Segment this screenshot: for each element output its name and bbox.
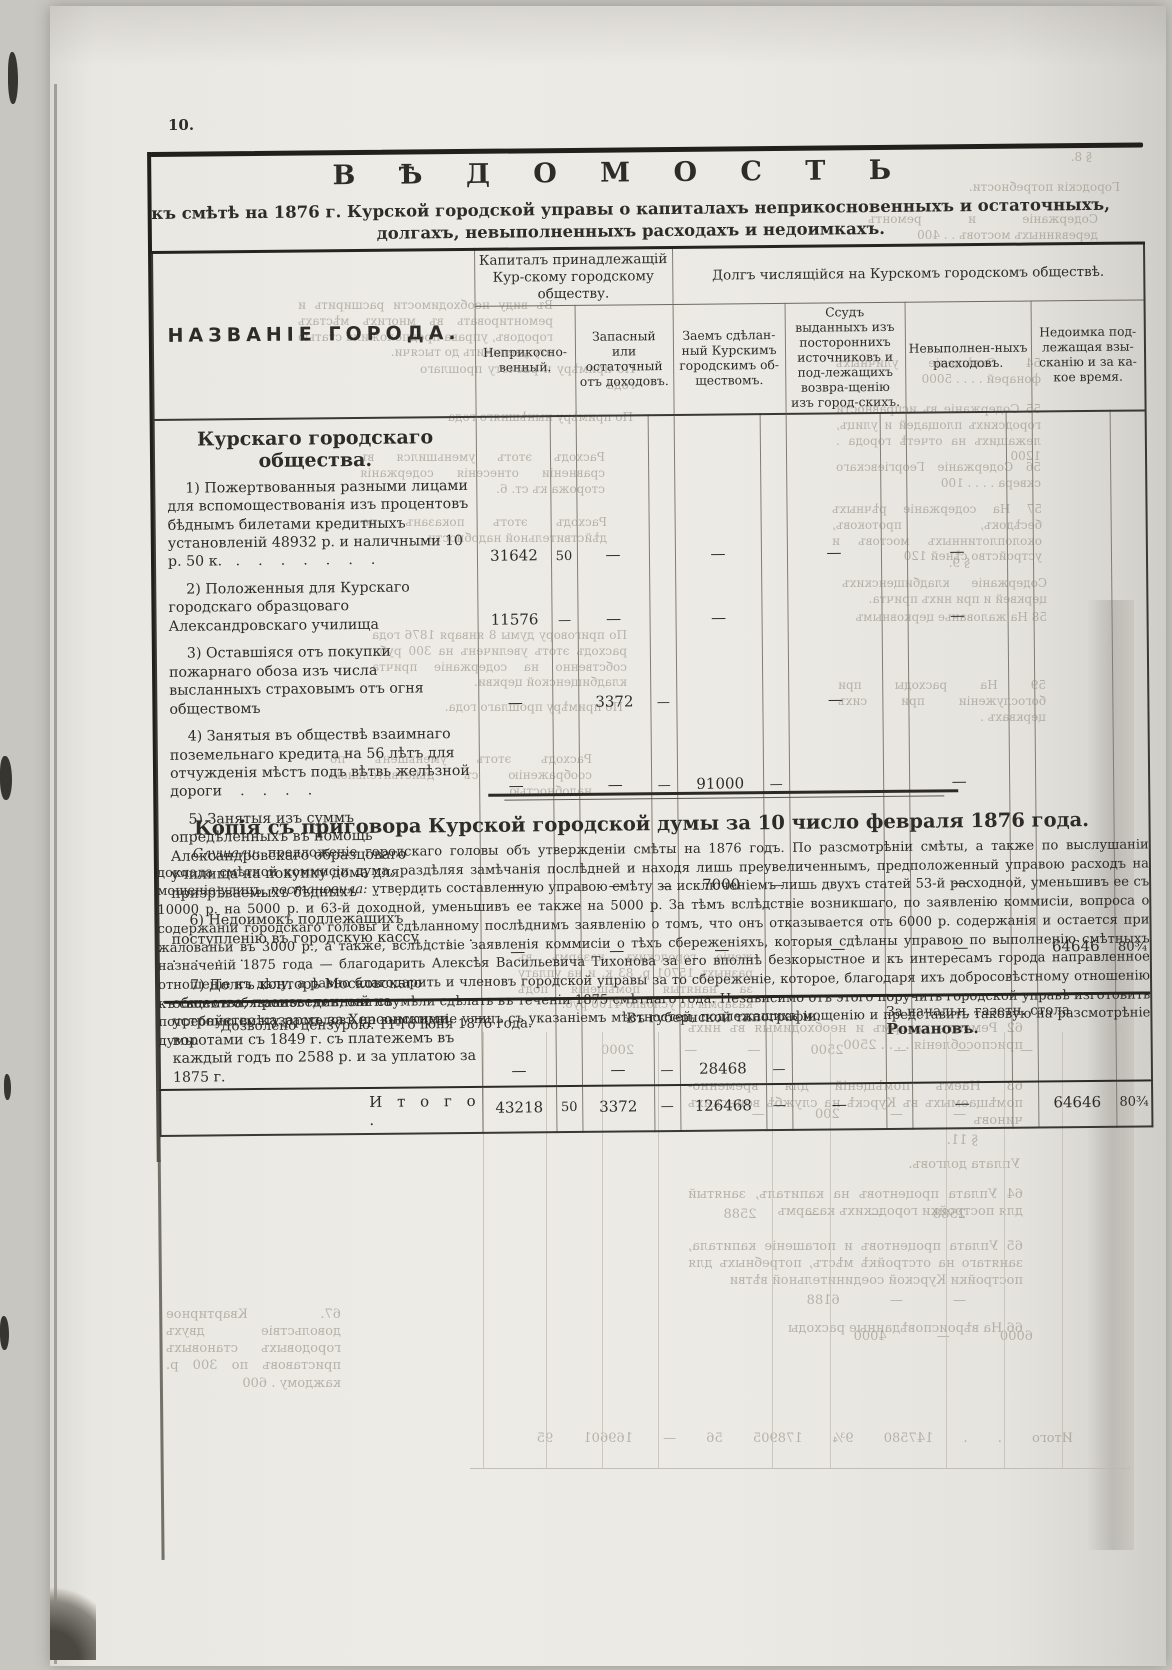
table-cell: —: [909, 713, 1010, 797]
table-cell: —: [551, 570, 578, 635]
table-cell: [676, 632, 763, 716]
clerk-name: Романовъ.: [886, 1019, 978, 1038]
paper-edge-line: [54, 84, 57, 1664]
paper-corner-curl: [50, 1574, 96, 1660]
total-cell: [1012, 1082, 1038, 1128]
table-cell: —: [906, 464, 1007, 566]
table-cell: [1112, 629, 1149, 712]
column-header-external-credits: Ссудъ выданныхъ изъ постороннихъ источни…: [785, 302, 906, 414]
table-cell: [1008, 630, 1035, 713]
table-cell: 50: [550, 469, 577, 571]
document-title: В Ѣ Д О М О С Т Ь: [150, 153, 1090, 193]
table-cell: —: [675, 568, 762, 633]
total-cell: 3372: [582, 1085, 654, 1132]
table-cell: —: [650, 633, 677, 716]
scan-edge-artifact: [0, 756, 12, 800]
table-cell: [883, 714, 910, 797]
table-cell: [1034, 629, 1113, 713]
scan-edge-artifact: [4, 1074, 11, 1100]
table-cell: [761, 568, 788, 633]
total-cell: 80¾: [1116, 1081, 1153, 1127]
subtitle-line2: долгахъ, невыполненныхъ расходахъ и недо…: [377, 219, 885, 243]
table-cell: 31642: [476, 469, 551, 571]
table-row: 4) Занятыя въ обществѣ взаимнаго поземел…: [157, 712, 1150, 804]
row-label: 4) Занятыя въ обществѣ взаимнаго поземел…: [170, 725, 475, 802]
table-cell: [882, 631, 909, 714]
table-cell: [1007, 565, 1034, 630]
table-cell: —: [576, 468, 649, 570]
censor-note: Дозволено цензурою. 11-го іюня 1876 года…: [220, 1015, 532, 1034]
table-cell: [880, 465, 907, 567]
table-cell: [789, 714, 884, 798]
table-cell: [1113, 712, 1150, 795]
total-cell: 64646: [1038, 1081, 1116, 1128]
total-cell: —: [792, 1083, 886, 1130]
table-cell: [649, 569, 676, 634]
column-header-reserve-capital: Запасный или остаточный отъ доходовъ.: [575, 304, 674, 415]
table-row: 2) Положенныя для Курскаго городскаго об…: [155, 564, 1148, 638]
table-section-row: Курскаго городскаго общества.: [154, 410, 1147, 473]
table-cell: [1032, 463, 1111, 565]
table-cell: —: [786, 466, 881, 568]
column-header-city-loan: Заемъ сдѣлан-ный Курскимъ городскимъ об-…: [673, 303, 786, 415]
total-cell: 126468: [680, 1084, 766, 1131]
section-heading: Курскаго городскаго общества.: [154, 417, 476, 473]
table-cell: [1110, 463, 1147, 565]
column-header-untouchable-capital: Неприкосно-венный.: [475, 305, 576, 416]
table-cell: [1006, 464, 1033, 566]
page-number: 10.: [168, 116, 194, 134]
row-label: 3) Оставшіяся отъ покупки пожарнаго обоз…: [169, 642, 474, 719]
table-total-row: И т о г о . 43218 50 3372 — 126468 — — —…: [160, 1081, 1153, 1137]
table-cell: [881, 567, 908, 632]
table-cell: [1033, 565, 1112, 630]
total-cell: —: [654, 1085, 680, 1131]
table-cell: [553, 717, 580, 800]
row-label: 1) Пожертвованныя разными лицами для всп…: [167, 477, 472, 572]
table-cell: [552, 634, 579, 717]
table-cell: [1009, 713, 1036, 796]
table-cell: —: [651, 716, 678, 799]
total-cell: —: [912, 1082, 1012, 1129]
printing-house-note: Въ губернской типографіи.: [626, 1009, 821, 1027]
table-cell: 3372: [578, 633, 651, 716]
total-cell: 43218: [482, 1086, 556, 1133]
scan-edge-artifact: [0, 1316, 9, 1350]
decree-lead-word: Слушали:: [193, 846, 260, 862]
column-header-unfulfilled-expenses: Невыполнен-ныхъ расходовъ.: [905, 301, 1032, 413]
total-cell: [886, 1083, 912, 1129]
table-cell: 91000: [677, 715, 764, 799]
table-cell: —: [479, 717, 554, 801]
table-cell: [1035, 712, 1114, 796]
total-cell: 50: [556, 1086, 582, 1132]
table-cell: —: [579, 716, 652, 799]
scan-edge-artifact: [8, 52, 18, 104]
document-subtitle: къ смѣтѣ на 1876 г. Курской городской уп…: [151, 194, 1111, 248]
clerk-label: За начальн. газетн. стола: [886, 1002, 1070, 1020]
table-cell: —: [907, 566, 1008, 631]
table-cell: [648, 468, 675, 570]
clerk-signature: За начальн. газетн. стола Романовъ.: [886, 1001, 1150, 1038]
printed-page-content: В Ѣ Д О М О С Т Ь къ смѣтѣ на 1876 г. Ку…: [150, 135, 1155, 1145]
table-cell: [760, 467, 787, 569]
table-cell: —: [478, 634, 553, 718]
table-cell: 11576: [477, 570, 552, 635]
subtitle-line1: къ смѣтѣ на 1876 г. Курской городской уп…: [151, 195, 1110, 223]
column-header-city-name: НАЗВАНІЕ ГОРОДА.: [152, 249, 476, 419]
total-cell: —: [766, 1084, 792, 1130]
table-cell: [1111, 564, 1148, 629]
column-group-capital: Капиталъ принадлежащій Кур-скому городск…: [474, 247, 673, 306]
table-cell: —: [788, 631, 883, 715]
table-cell: [762, 632, 789, 715]
decree-emphasis-word: постановила:: [270, 882, 367, 898]
table-cell: —: [674, 467, 761, 569]
table-cell: —: [763, 715, 790, 798]
total-label: И т о г о .: [160, 1087, 482, 1136]
table-cell: [787, 567, 882, 632]
column-header-arrears: Недоимка под-лежащая взы-сканію и за ка-…: [1031, 300, 1146, 412]
table-cell: [908, 630, 1009, 714]
table-row: 3) Оставшіяся отъ покупки пожарнаго обоз…: [156, 629, 1149, 721]
table-cell: —: [577, 569, 650, 634]
row-label: 2) Положенныя для Курскаго городскаго об…: [168, 578, 473, 636]
table-row: 1) Пожертвованныя разными лицами для всп…: [154, 463, 1147, 574]
column-group-debt: Долгъ числящійся на Курскомъ городскомъ …: [672, 243, 1145, 304]
